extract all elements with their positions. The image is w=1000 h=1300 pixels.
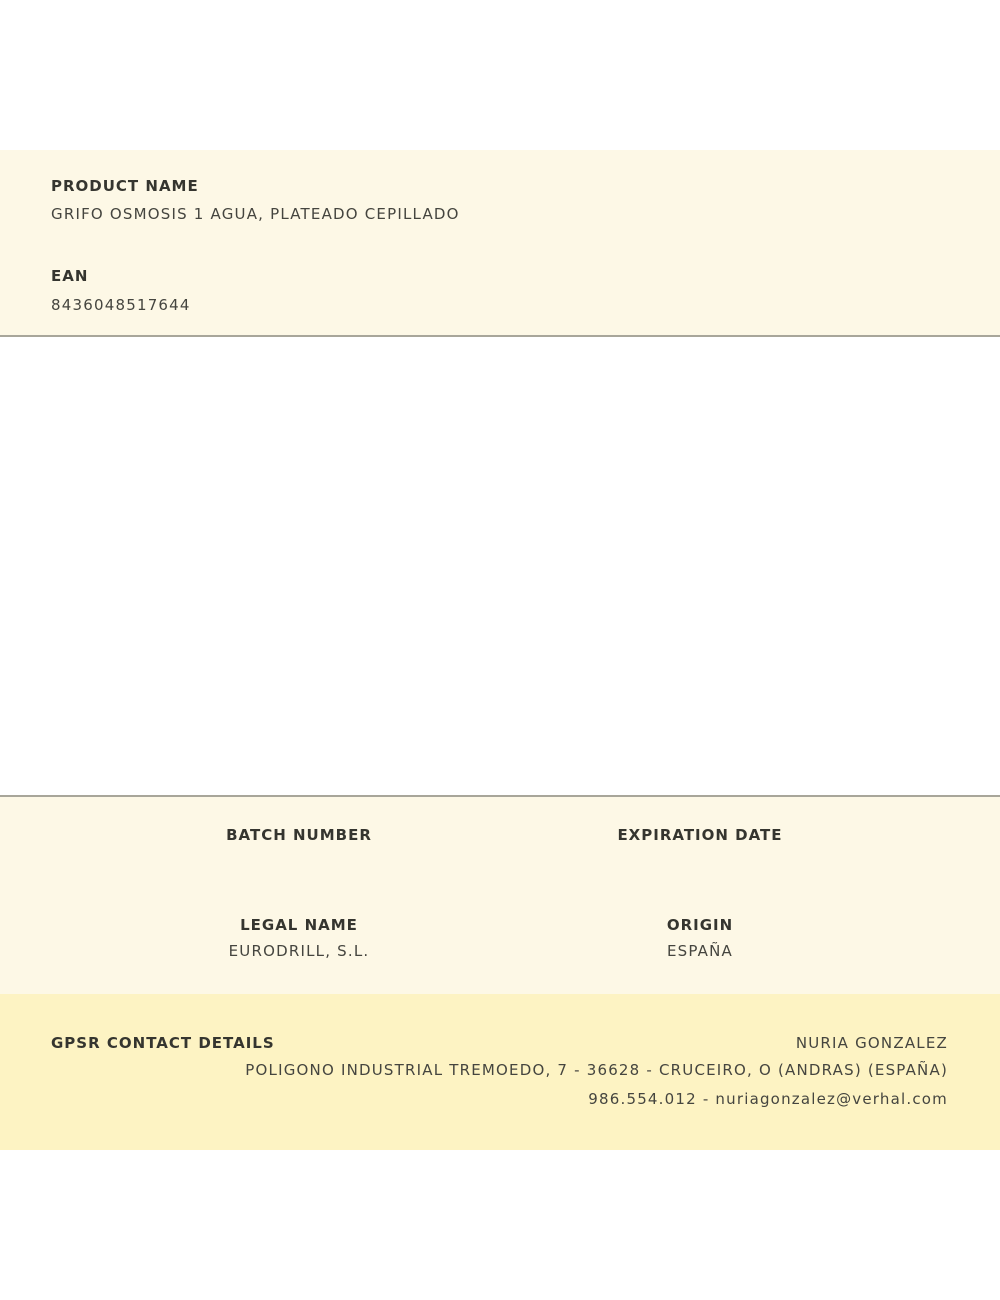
expiration-date-cell: EXPIRATION DATE: [500, 825, 900, 852]
product-section: PRODUCT NAME GRIFO OSMOSIS 1 AGUA, PLATE…: [0, 150, 1000, 337]
batch-number-label: BATCH NUMBER: [226, 826, 372, 844]
legal-name-label: LEGAL NAME: [240, 916, 358, 934]
gpsr-contact-address: POLIGONO INDUSTRIAL TREMOEDO, 7 - 36628 …: [245, 1061, 948, 1079]
meta-section: BATCH NUMBER EXPIRATION DATE LEGAL NAME …: [0, 795, 1000, 996]
origin-cell: ORIGIN ESPAÑA: [500, 915, 900, 960]
ean-label: EAN: [51, 267, 88, 285]
legal-name-cell: LEGAL NAME EURODRILL, S.L.: [99, 915, 499, 960]
origin-label: ORIGIN: [667, 916, 733, 934]
expiration-date-label: EXPIRATION DATE: [617, 826, 782, 844]
product-name-value: GRIFO OSMOSIS 1 AGUA, PLATEADO CEPILLADO: [51, 205, 460, 223]
gpsr-contact-name: NURIA GONZALEZ: [796, 1034, 948, 1052]
ean-value: 8436048517644: [51, 296, 191, 314]
legal-name-value: EURODRILL, S.L.: [99, 942, 499, 960]
gpsr-section: GPSR CONTACT DETAILS NURIA GONZALEZ POLI…: [0, 994, 1000, 1150]
batch-number-cell: BATCH NUMBER: [99, 825, 499, 852]
origin-value: ESPAÑA: [500, 942, 900, 960]
gpsr-contact-label: GPSR CONTACT DETAILS: [51, 1034, 275, 1052]
product-name-label: PRODUCT NAME: [51, 177, 199, 195]
gpsr-contact-phone-email: 986.554.012 - nuriagonzalez@verhal.com: [588, 1090, 948, 1108]
